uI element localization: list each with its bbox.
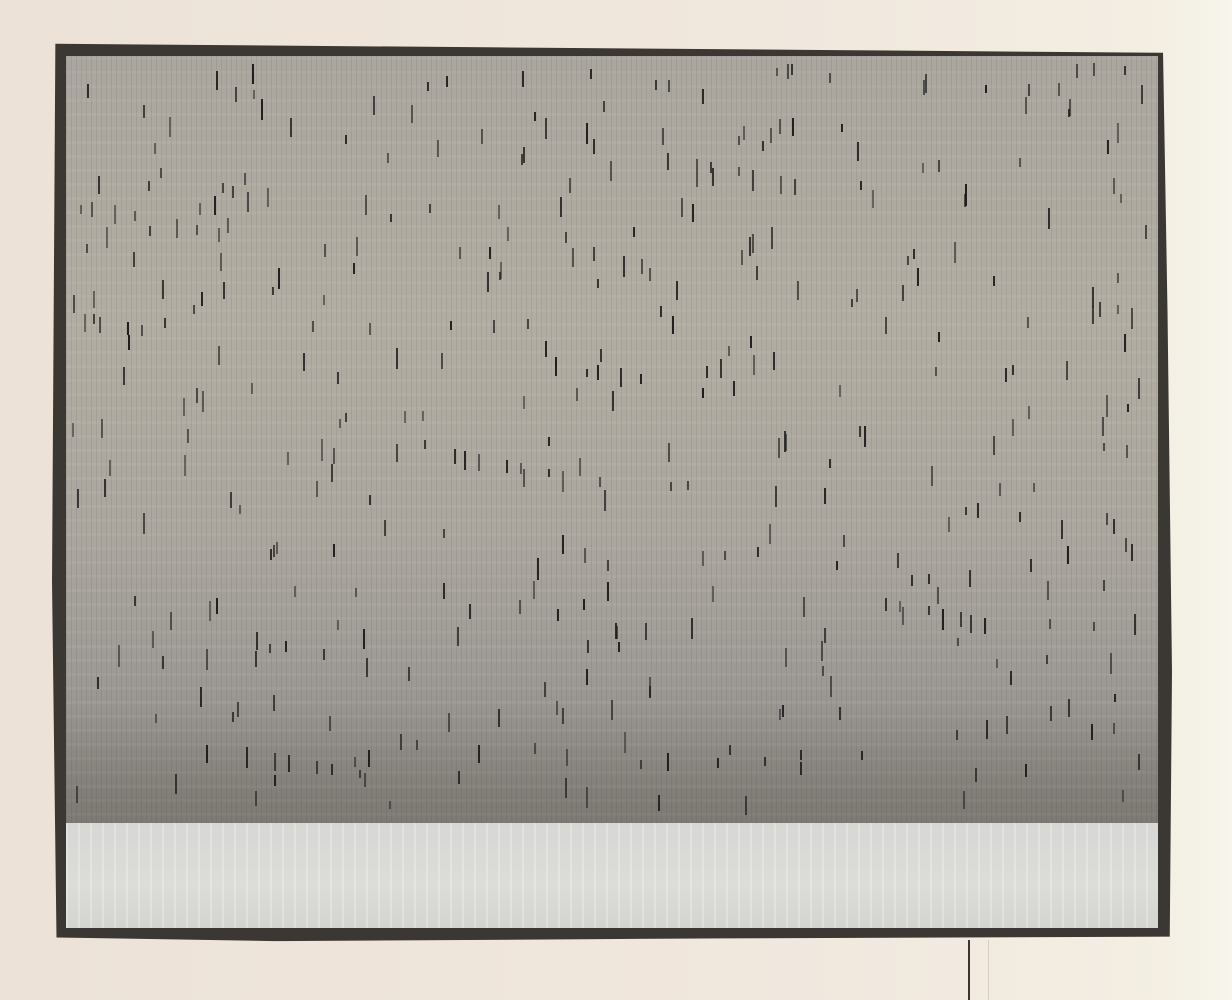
dash-mark	[123, 367, 125, 385]
dash-mark	[579, 458, 581, 475]
dash-mark	[148, 181, 150, 190]
dash-mark	[1049, 619, 1051, 629]
wall-seam	[968, 940, 970, 1000]
dash-mark	[364, 773, 366, 787]
dash-mark	[1066, 361, 1068, 381]
dash-mark	[184, 455, 186, 476]
dash-mark	[220, 253, 222, 271]
dash-mark	[1019, 512, 1021, 522]
dash-mark	[1117, 273, 1119, 283]
dash-mark	[942, 609, 944, 630]
dash-mark	[586, 369, 588, 377]
dash-mark	[902, 607, 904, 625]
dash-mark	[911, 575, 913, 586]
dash-mark	[457, 627, 459, 646]
dash-mark	[237, 702, 239, 716]
dash-mark	[251, 383, 253, 394]
dash-mark	[999, 483, 1001, 495]
dash-mark	[668, 443, 670, 462]
dash-mark	[724, 551, 726, 561]
dash-mark	[93, 291, 95, 308]
dash-mark	[1025, 97, 1027, 114]
dash-mark	[408, 667, 410, 681]
dash-mark	[733, 381, 735, 395]
dash-mark	[611, 700, 613, 720]
dash-mark	[824, 488, 826, 504]
dash-mark	[640, 760, 642, 769]
dash-mark	[984, 618, 986, 634]
dash-mark	[170, 612, 172, 630]
dash-mark	[1025, 764, 1027, 777]
dash-mark	[373, 96, 375, 115]
dash-mark	[354, 757, 356, 767]
dash-mark	[717, 758, 719, 768]
dash-mark	[778, 438, 780, 458]
dash-mark	[363, 629, 365, 649]
dash-mark	[201, 292, 203, 306]
dash-mark	[667, 753, 669, 771]
dash-mark	[593, 139, 595, 154]
dash-mark	[176, 219, 178, 238]
dash-mark	[77, 489, 79, 508]
dash-mark	[545, 118, 547, 140]
dash-mark	[645, 623, 647, 640]
dash-mark	[143, 513, 145, 533]
dash-mark	[429, 204, 431, 214]
dash-mark	[712, 168, 714, 186]
dash-mark	[687, 481, 689, 489]
dash-mark	[1028, 406, 1030, 419]
dash-mark	[757, 547, 759, 558]
dash-mark	[404, 411, 406, 422]
dash-mark	[624, 732, 626, 754]
dash-mark	[500, 262, 502, 278]
dash-mark	[696, 159, 698, 172]
dash-mark	[1114, 694, 1116, 702]
dash-mark	[387, 153, 389, 163]
dash-mark	[885, 317, 887, 334]
dash-mark	[273, 545, 275, 556]
artwork	[52, 42, 1172, 942]
dash-mark	[196, 225, 198, 235]
dash-mark	[206, 745, 208, 763]
dash-mark	[1012, 365, 1014, 375]
dash-mark	[928, 574, 930, 583]
dash-mark	[127, 322, 129, 335]
dash-mark	[548, 469, 550, 477]
dash-mark	[273, 695, 275, 710]
dash-mark	[294, 586, 296, 597]
dash-mark	[323, 649, 325, 659]
dash-mark	[459, 247, 461, 258]
dash-mark	[851, 299, 853, 307]
dash-mark	[797, 281, 799, 300]
dash-mark	[312, 321, 314, 332]
dash-mark	[756, 266, 758, 280]
dash-mark	[569, 178, 571, 193]
dash-mark	[303, 353, 305, 371]
dash-mark	[779, 709, 781, 720]
dash-mark	[794, 179, 796, 195]
dash-mark	[1028, 84, 1030, 96]
dash-mark	[400, 734, 402, 750]
dash-mark	[416, 740, 418, 751]
dash-mark	[331, 764, 333, 775]
dash-mark	[450, 321, 452, 330]
dash-mark	[99, 317, 101, 333]
dash-mark	[216, 71, 218, 89]
dash-mark	[278, 268, 280, 289]
dash-mark	[498, 205, 500, 219]
dash-mark	[345, 135, 347, 144]
dash-mark	[741, 250, 743, 264]
dash-mark	[73, 295, 75, 313]
dash-mark	[1092, 306, 1094, 324]
dash-mark	[937, 587, 939, 604]
dash-mark	[523, 396, 525, 409]
dash-mark	[676, 281, 678, 300]
dash-mark	[506, 460, 508, 473]
dash-mark	[560, 197, 562, 217]
dash-mark	[1124, 334, 1126, 352]
dash-mark	[712, 586, 714, 602]
dash-mark	[780, 176, 782, 193]
dash-mark	[1076, 64, 1078, 78]
dash-mark	[1126, 445, 1128, 458]
dash-mark	[1113, 178, 1115, 194]
dash-mark	[162, 656, 164, 669]
dash-mark	[633, 227, 635, 236]
dash-mark	[1106, 513, 1108, 526]
dash-mark	[618, 642, 620, 652]
dash-mark	[106, 227, 108, 248]
dash-mark	[522, 71, 524, 87]
dash-mark	[481, 129, 483, 144]
dash-mark	[1093, 622, 1095, 631]
dash-mark	[160, 168, 162, 178]
wall-light-edge	[1162, 0, 1232, 1000]
dash-mark	[222, 183, 224, 193]
dash-mark	[523, 469, 525, 486]
dash-mark	[269, 644, 271, 653]
dash-mark	[1113, 519, 1115, 534]
dash-mark	[1131, 308, 1133, 329]
dash-mark	[607, 582, 609, 601]
wall-seam-light	[988, 940, 989, 1000]
dash-mark	[857, 142, 859, 161]
dash-mark	[411, 105, 413, 123]
dash-mark	[143, 105, 145, 118]
dash-mark	[590, 69, 592, 79]
dash-mark	[331, 464, 333, 481]
dash-mark	[356, 237, 358, 255]
dash-mark	[925, 74, 927, 93]
dash-mark	[183, 398, 185, 417]
dash-mark	[141, 325, 143, 336]
dash-mark	[1019, 158, 1021, 168]
dash-mark	[255, 791, 257, 805]
dash-mark	[897, 553, 899, 568]
dash-mark	[824, 628, 826, 643]
dash-mark	[576, 388, 578, 401]
dash-mark	[441, 353, 443, 369]
dash-mark	[975, 768, 977, 782]
dash-mark	[555, 357, 557, 376]
dash-mark	[345, 413, 347, 422]
dash-mark	[128, 335, 130, 350]
dash-mark	[247, 192, 249, 212]
dash-mark	[720, 359, 722, 378]
dash-mark	[1141, 85, 1143, 104]
dash-mark	[446, 76, 448, 88]
dash-mark	[527, 319, 529, 329]
dash-mark	[922, 163, 924, 173]
dash-mark	[209, 601, 211, 621]
dash-mark	[599, 477, 601, 487]
dash-mark	[702, 89, 704, 104]
dash-mark	[114, 205, 116, 225]
dash-mark	[649, 686, 651, 698]
dash-mark	[607, 560, 609, 572]
dash-mark	[800, 762, 802, 774]
dash-mark	[764, 757, 766, 766]
dash-mark	[782, 705, 784, 716]
dash-mark	[970, 615, 972, 633]
dash-mark	[1067, 546, 1069, 565]
dash-mark	[469, 604, 471, 618]
dash-mark	[791, 64, 793, 75]
dash-mark	[749, 237, 751, 256]
dash-mark	[586, 787, 588, 808]
dash-mark	[521, 154, 523, 166]
dash-mark	[856, 289, 858, 302]
dash-mark	[843, 535, 845, 547]
dash-mark	[696, 172, 698, 187]
dash-mark	[252, 64, 254, 84]
dash-mark	[214, 196, 216, 215]
dash-mark	[316, 761, 318, 774]
dash-mark	[738, 167, 740, 175]
dash-mark	[750, 336, 752, 348]
dash-mark	[672, 316, 674, 334]
dash-mark	[860, 181, 862, 191]
dash-mark	[274, 775, 276, 786]
dash-mark	[1103, 443, 1105, 451]
dash-mark	[565, 232, 567, 243]
dash-mark	[584, 548, 586, 563]
dash-mark	[489, 247, 491, 259]
dash-mark	[390, 214, 392, 222]
dash-mark	[548, 437, 550, 446]
dash-mark	[907, 256, 909, 265]
dash-mark	[287, 452, 289, 464]
dash-mark	[938, 160, 940, 173]
dash-mark	[230, 492, 232, 508]
dash-mark	[1102, 417, 1104, 436]
dash-mark	[787, 64, 789, 79]
dash-mark	[216, 598, 218, 614]
dash-mark	[616, 626, 618, 638]
dash-mark	[255, 651, 257, 667]
dash-mark	[1005, 368, 1007, 381]
dash-mark	[498, 709, 500, 727]
dash-mark	[681, 198, 683, 218]
dash-mark	[773, 352, 775, 371]
dash-mark	[424, 440, 426, 449]
dash-mark	[963, 791, 965, 810]
dash-mark	[206, 649, 208, 670]
dash-mark	[775, 486, 777, 507]
dash-mark	[960, 612, 962, 627]
artwork-dark-zone	[66, 703, 1158, 823]
dash-mark	[572, 248, 574, 267]
dash-mark	[562, 471, 564, 492]
dash-mark	[841, 124, 843, 133]
dash-mark	[640, 374, 642, 384]
dash-mark	[658, 795, 660, 812]
dash-mark	[667, 153, 669, 170]
dash-mark	[519, 600, 521, 614]
dash-mark	[668, 80, 670, 93]
dash-mark	[478, 745, 480, 764]
dash-mark	[859, 426, 861, 437]
dash-mark	[272, 287, 274, 295]
dash-mark	[218, 228, 220, 242]
dash-mark	[604, 490, 606, 511]
dash-mark	[1069, 99, 1071, 116]
dash-mark	[1138, 378, 1140, 399]
dash-mark	[691, 618, 693, 639]
dash-mark	[337, 620, 339, 629]
dash-mark	[836, 561, 838, 570]
dash-mark	[458, 771, 460, 784]
dash-mark	[566, 749, 568, 766]
dash-mark	[76, 786, 78, 803]
dash-mark	[1103, 580, 1105, 591]
dash-mark	[803, 597, 805, 618]
dash-mark	[534, 112, 536, 121]
dash-mark	[623, 256, 625, 276]
dash-mark	[1106, 395, 1108, 417]
dash-mark	[779, 119, 781, 134]
dash-mark	[133, 252, 135, 267]
dash-mark	[822, 666, 824, 676]
dash-mark	[369, 495, 371, 505]
dash-mark	[91, 202, 93, 217]
dash-mark	[977, 503, 979, 518]
dash-mark	[1006, 716, 1008, 734]
dash-mark	[1068, 699, 1070, 717]
dash-mark	[1138, 754, 1140, 769]
dash-mark	[333, 544, 335, 557]
dash-mark	[544, 682, 546, 696]
dash-mark	[729, 745, 731, 755]
dash-mark	[253, 90, 255, 99]
dash-mark	[1030, 559, 1032, 572]
dash-mark	[454, 449, 456, 465]
dash-mark	[710, 162, 712, 174]
dash-mark	[583, 599, 585, 611]
dash-mark	[239, 505, 241, 514]
dash-mark	[938, 332, 940, 342]
dash-mark	[545, 341, 547, 357]
dash-mark	[1124, 66, 1126, 75]
dash-mark	[80, 205, 82, 214]
dash-mark	[152, 631, 154, 648]
dash-mark	[1131, 544, 1133, 561]
dash-mark	[597, 365, 599, 380]
dash-mark	[537, 558, 539, 579]
dash-mark	[931, 466, 933, 486]
dash-mark	[752, 234, 754, 253]
dash-mark	[162, 280, 164, 299]
dash-mark	[586, 123, 588, 144]
dash-mark	[353, 263, 355, 275]
dash-mark	[899, 601, 901, 613]
dash-mark	[1091, 724, 1093, 741]
dash-mark	[641, 259, 643, 274]
dash-mark	[770, 128, 772, 142]
dash-mark	[87, 84, 89, 98]
dash-mark	[1117, 123, 1119, 143]
dash-mark	[437, 140, 439, 158]
dash-mark	[134, 211, 136, 221]
dash-mark	[829, 459, 831, 468]
dash-mark	[285, 641, 287, 652]
dash-mark	[369, 323, 371, 335]
dash-mark	[556, 701, 558, 715]
dash-mark	[86, 244, 88, 254]
dash-mark	[443, 529, 445, 538]
dash-mark	[829, 73, 831, 83]
dash-mark	[72, 423, 74, 437]
dash-mark	[928, 606, 930, 615]
dash-mark	[134, 596, 136, 606]
dash-mark	[448, 713, 450, 731]
dash-mark	[464, 451, 466, 469]
dash-mark	[389, 801, 391, 809]
dash-mark	[270, 549, 272, 560]
dash-mark	[1145, 225, 1147, 239]
dash-mark	[965, 507, 967, 515]
dash-mark	[323, 295, 325, 305]
dash-mark	[1012, 419, 1014, 435]
dash-mark	[359, 770, 361, 778]
dash-mark	[84, 314, 86, 332]
dash-mark	[861, 751, 863, 759]
dash-mark	[246, 747, 248, 768]
dash-mark	[1120, 194, 1122, 204]
dash-mark	[196, 388, 198, 403]
dash-mark	[256, 632, 258, 651]
dash-mark	[610, 161, 612, 182]
dash-mark	[885, 598, 887, 611]
dash-mark	[321, 439, 323, 461]
dash-mark	[443, 583, 445, 599]
dash-mark	[660, 306, 662, 316]
dash-mark	[384, 520, 386, 536]
dash-mark	[839, 707, 841, 720]
dash-mark	[276, 542, 278, 554]
dash-mark	[533, 581, 535, 600]
dash-mark	[1125, 538, 1127, 553]
dash-mark	[493, 320, 495, 332]
dash-mark	[612, 391, 614, 411]
dash-mark	[175, 774, 177, 794]
dash-mark	[169, 117, 171, 137]
dash-mark	[1134, 614, 1136, 635]
dash-mark	[706, 366, 708, 378]
